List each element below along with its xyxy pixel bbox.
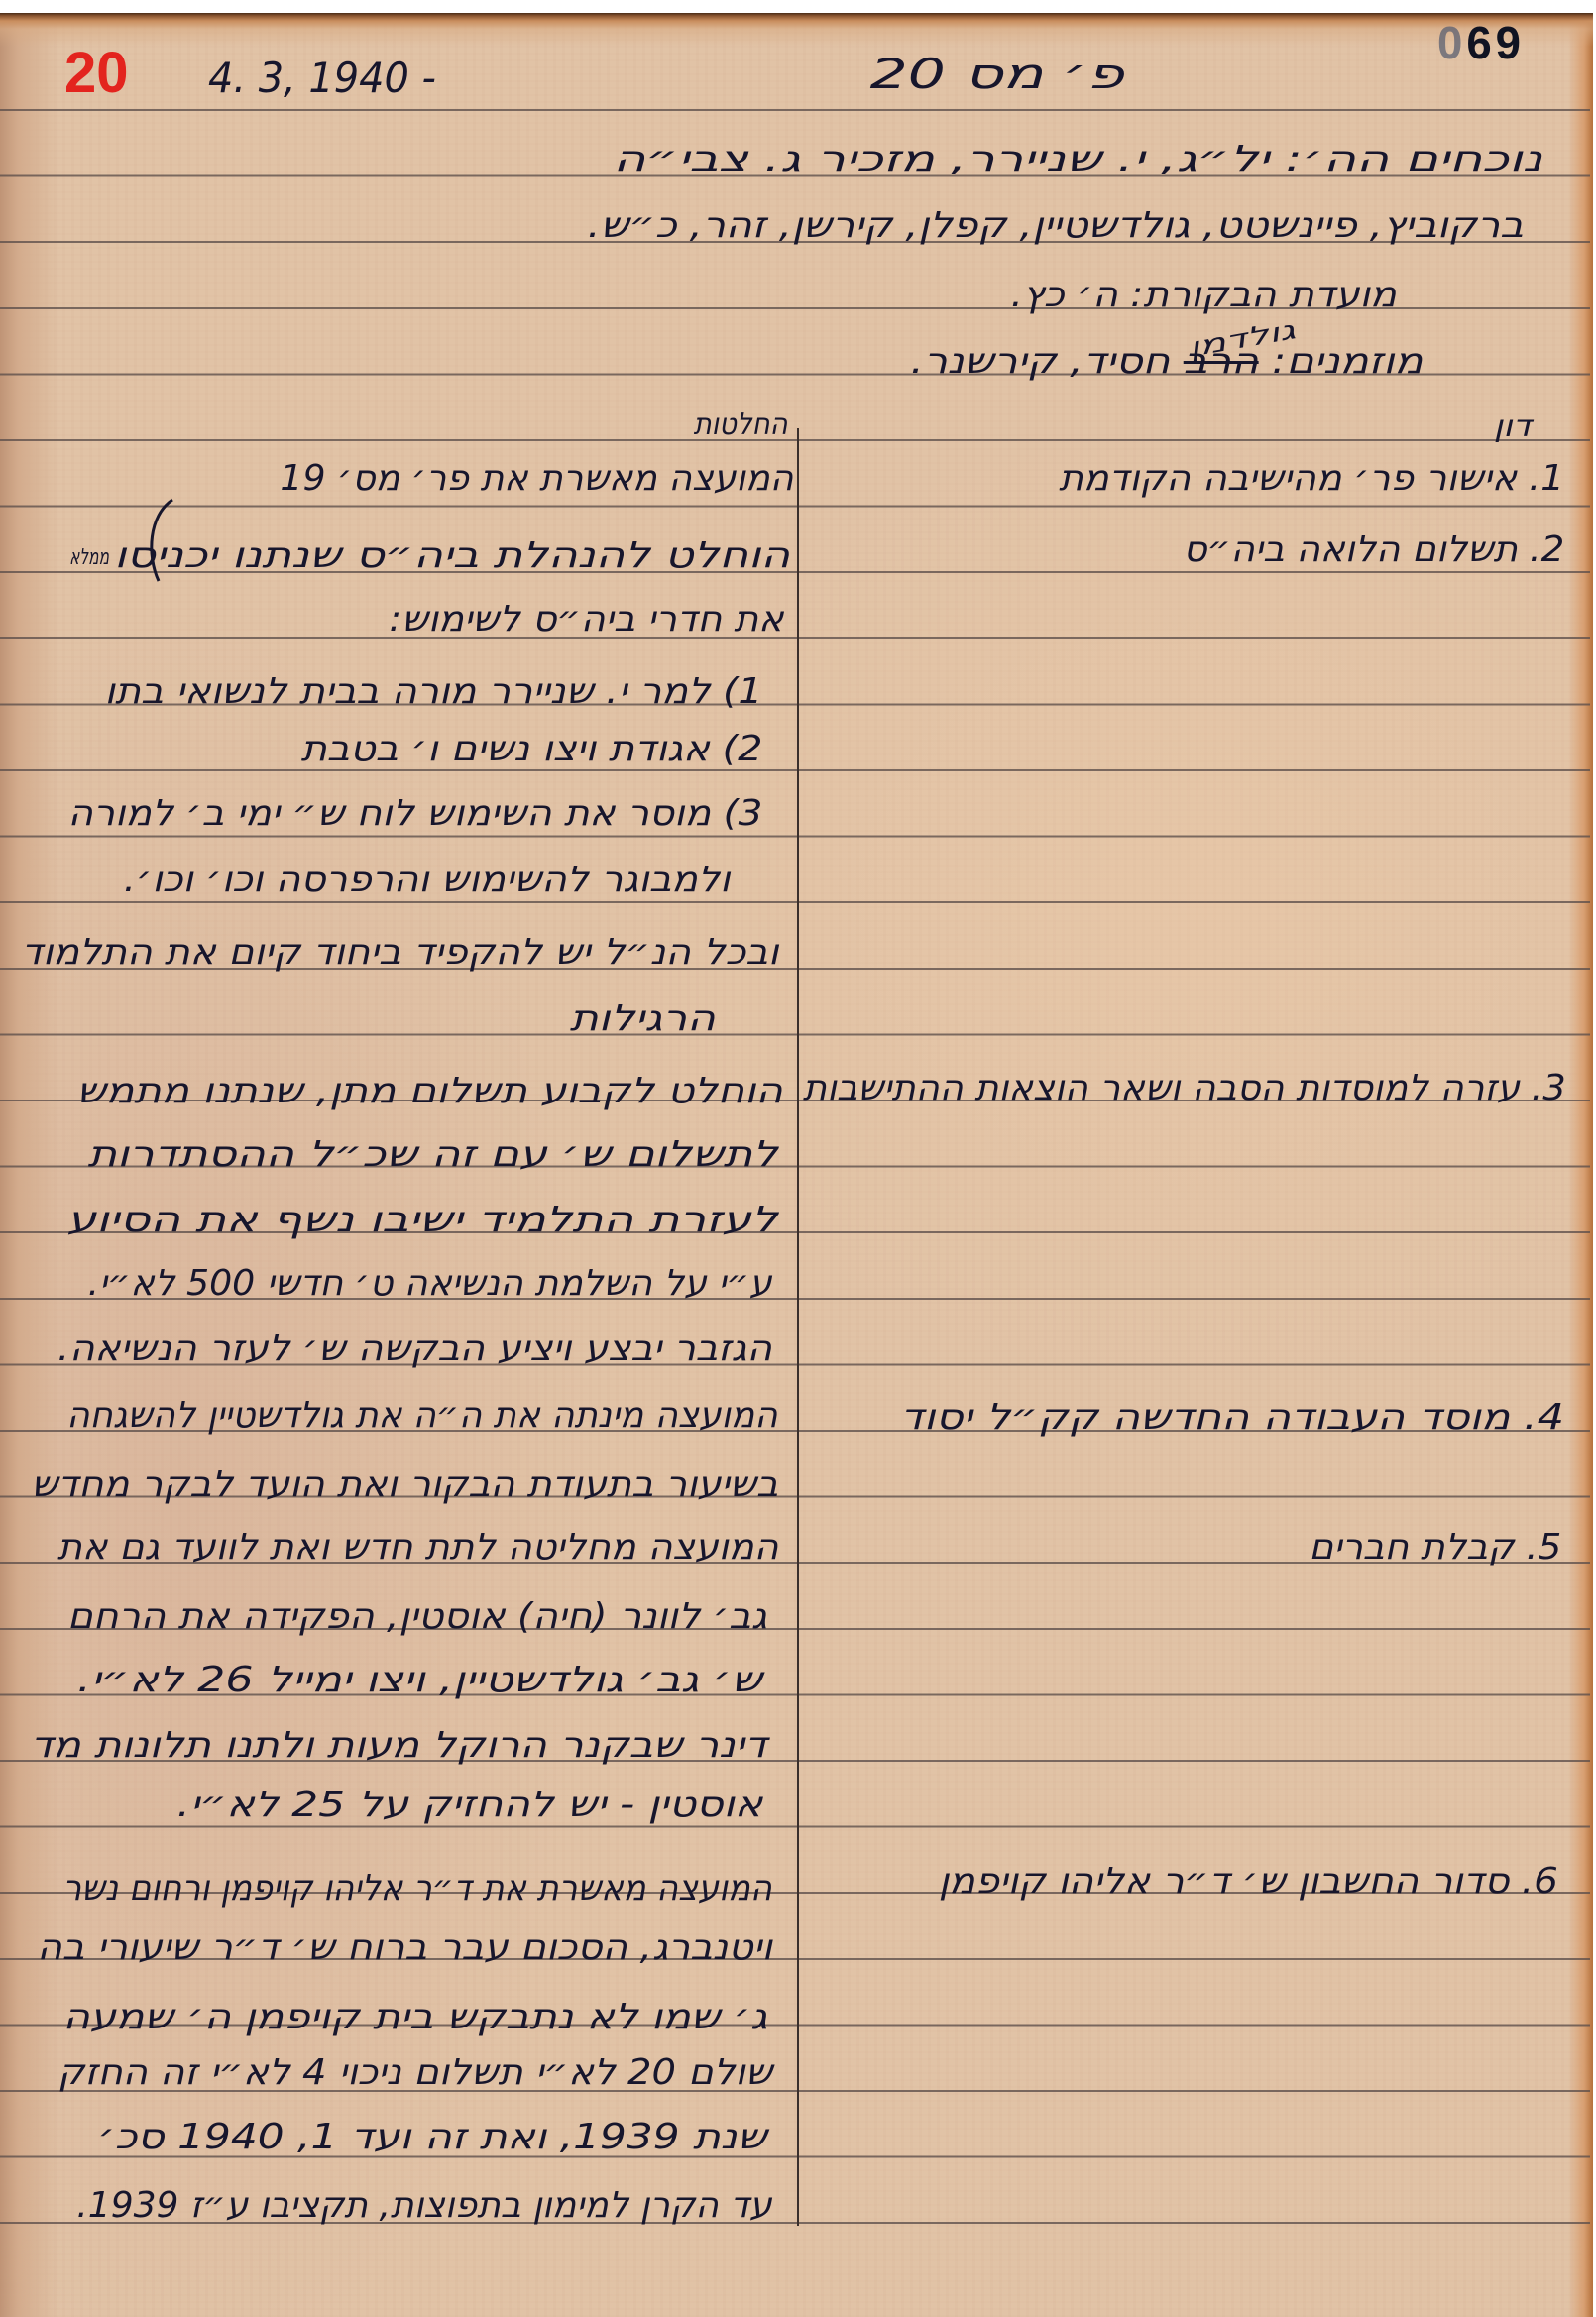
agenda-item: 5. קבלת חברים [1309, 1528, 1561, 1567]
decision-line: את חדרי ביה״ס לשימוש: [389, 600, 783, 639]
decision-line: הרגילות [570, 999, 716, 1039]
decision-line: בשיעור בתעודת הבקור ואת הועד לבקר מחדש [31, 1465, 778, 1505]
margin-note: ממלא [69, 545, 109, 571]
meeting-date: 4. 3, 1940 - [208, 56, 436, 101]
decision-line: גב׳ לוונר (חיה) אוסטין, הפקידה את הרחם [67, 1597, 767, 1637]
decision-line: דינר שבקנר הרוקל מעות ולתנו תלונות מד [31, 1726, 767, 1766]
decision-line: 3) מוסר את השימוש לוח ש״ ימי ב׳ למורה [67, 794, 762, 834]
decision-line: המועצה מאשרת את ד״ר אליהו קויפמן ורחום נ… [62, 1869, 772, 1909]
decision-line: ע״י על השלמת הנשיאה ט׳ חדשי 500 לא״י. [88, 1264, 772, 1304]
column-divider [797, 428, 799, 2226]
decision-line: המועצה מחליטה לתת חדש ואת לוועד גם את [57, 1528, 778, 1567]
decision-line: לתשלום ש׳ עם זה שכ״ל ההסתדרות [88, 1135, 778, 1175]
agenda-item: 4. מוסד העבודה החדשה קק״ל יסוד [900, 1398, 1564, 1438]
discussion-header: דון [1494, 410, 1532, 444]
decision-line: ולמבוגר להשימוש והרפרסה וכו׳ וכו׳. [124, 861, 731, 900]
red-page-number: 20 [64, 42, 129, 105]
agenda-item: 1. אישור פר׳ מהישיבה הקודמת [1059, 459, 1564, 499]
decisions-header: החלטות [694, 408, 788, 442]
decision-line: 2) אגודת ויצו נשים ו׳ בטבת [300, 730, 762, 769]
audit-committee: מועדת הבקורת: ה׳ כץ. [1011, 276, 1397, 315]
decision-line: המועצה מינתה את ה״ה את גולדשטיין להשגחה [67, 1396, 778, 1436]
invited-line: מוזמנים: הרב חסיד, קירשנר. [910, 342, 1423, 382]
attendance-present: נוכחים הה׳: יל״ג, י. שניירר, מזכיר ג. צב… [613, 140, 1542, 179]
agenda-item: 6. סדור החשבון ש׳ ד״ר אליהו קויפמן [939, 1862, 1558, 1902]
decision-line: ג׳ שמו לא נתבקש בית קויפמן ה׳ שמעה [62, 1998, 767, 2037]
decision-line: ש׳ גב׳ גולדשטיין, ויצו ימייל 26 לא״י. [77, 1661, 762, 1700]
decision-line: אוסטין - יש להחזיק על 25 לא״י. [176, 1786, 762, 1825]
stamp-number: 069 [1437, 18, 1525, 67]
decision-line: הוחלט להנהלת ביה״ס שנתנו יכניסו [114, 536, 790, 576]
decision-line: 1) למר י. שניירר מורה בבית לנשואי בתו [104, 672, 762, 712]
decision-line: הגזבר יבצע ויציע הבקשה ש׳ לעזר הנשיאה. [57, 1330, 772, 1369]
invited-rest: חסיד, קירשנר. [910, 341, 1170, 382]
agenda-item: 2. תשלום הלואה ביה״ס [1183, 530, 1564, 570]
decision-line: הוחלט לקבוע תשלום מתן, שנתנו מתמש [77, 1072, 783, 1111]
attendance-present-continued: ברקוביץ, פיינשטט, גולדשטיין, קפלן, קירשן… [588, 206, 1524, 246]
decision-line: עד הקרן למימון בתפוצות, תקציבו ע״ז 1939. [77, 2186, 772, 2226]
decision-line: ובכל הנ״ל יש להקפיד ביחוד קיום את התלמוד [21, 933, 778, 973]
decision-line: שולם 20 לא״י תשלום ניכוי 4 לא״י זה החזק [57, 2053, 772, 2093]
protocol-title: פ׳ מס 20 [870, 52, 1124, 97]
agenda-item: 3. עזרה למוסדות הסבה ושאר הוצאות ההתישבו… [803, 1069, 1566, 1108]
decision-line: המועצה מאשרת את פר׳ מס׳ 19 [280, 459, 793, 499]
invited-label: מוזמנים: [1272, 341, 1423, 382]
decision-line: ויטנברג, הסכום עבר ברוח ש׳ ד״ר שיעורי בה [37, 1928, 772, 1968]
decision-line: לעזרת התלמיד ישיבו נשף את הסיוע [67, 1201, 778, 1240]
decision-line: שנת 1939, ואת זה ועד 1, 1940 סכ׳ [98, 2118, 767, 2157]
